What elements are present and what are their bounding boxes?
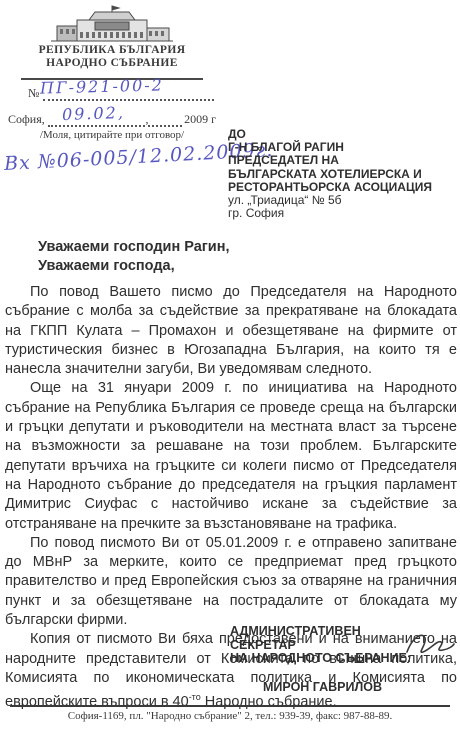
addressee-title-line: БЪЛГАРСКАТА ХОТЕЛИЕРСКА И (228, 168, 432, 181)
handwritten-signature-icon (403, 628, 457, 662)
parliament-building-emblem-icon (49, 4, 175, 44)
handwritten-registration-number: ПГ-921-00-2 (40, 75, 164, 97)
paragraph-4-text-end: Народно събрание. (201, 694, 337, 710)
year-suffix: 2009 г (184, 112, 216, 127)
signature-block: АДМИНИСТРАТИВЕН СЕКРЕТАР НА НАРОДНОТО СЪ… (230, 625, 415, 694)
letter-page: РЕПУБЛИКА БЪЛГАРИЯ НАРОДНО СЪБРАНИЕ № ПГ… (0, 0, 460, 736)
handwritten-date: 09.02, (62, 103, 126, 124)
addressee-title-line: ПРЕДСЕДАТЕЛ НА (228, 154, 432, 167)
footer-divider (10, 705, 450, 707)
footer-address: София-1169, пл. "Народно събрание" 2, те… (0, 710, 460, 722)
signer-title-line: АДМИНИСТРАТИВЕН СЕКРЕТАР (230, 625, 415, 652)
letterhead-country: РЕПУБЛИКА БЪЛГАРИЯ (0, 44, 224, 57)
city-label: София, (8, 112, 45, 127)
ordinal-superscript: -то (189, 692, 201, 702)
number-sign-label: № (28, 86, 39, 101)
paragraph-1: По повод Вашето писмо до Председателя на… (5, 283, 457, 379)
salutation-line: Уважаеми господин Рагин, (38, 238, 230, 257)
handwritten-incoming-stamp: Вх №06-005/12.02.2009г. (4, 141, 235, 175)
paragraph-3: По повод писмото Ви от 05.01.2009 г. е о… (5, 534, 457, 630)
salutation: Уважаеми господин Рагин, Уважаеми господ… (38, 238, 230, 276)
letterhead-institution: НАРОДНО СЪБРАНИЕ (0, 57, 224, 70)
signer-name: МИРОН ГАВРИЛОВ (230, 681, 415, 695)
letterhead: РЕПУБЛИКА БЪЛГАРИЯ НАРОДНО СЪБРАНИЕ (0, 4, 224, 80)
paragraph-2: Още на 31 януари 2009 г. по инициатива н… (5, 379, 457, 533)
addressee-block: ДО Г-Н БЛАГОЙ РАГИН ПРЕДСЕДАТЕЛ НА БЪЛГА… (228, 128, 432, 220)
addressee-city: гр. София (228, 207, 432, 220)
dotted-leader (148, 112, 182, 127)
signer-title-line: НА НАРОДНОТО СЪБРАНИЕ: (230, 652, 415, 666)
salutation-line: Уважаеми господа, (38, 257, 230, 276)
reference-note: /Моля, цитирайте при отговор/ (0, 129, 224, 141)
